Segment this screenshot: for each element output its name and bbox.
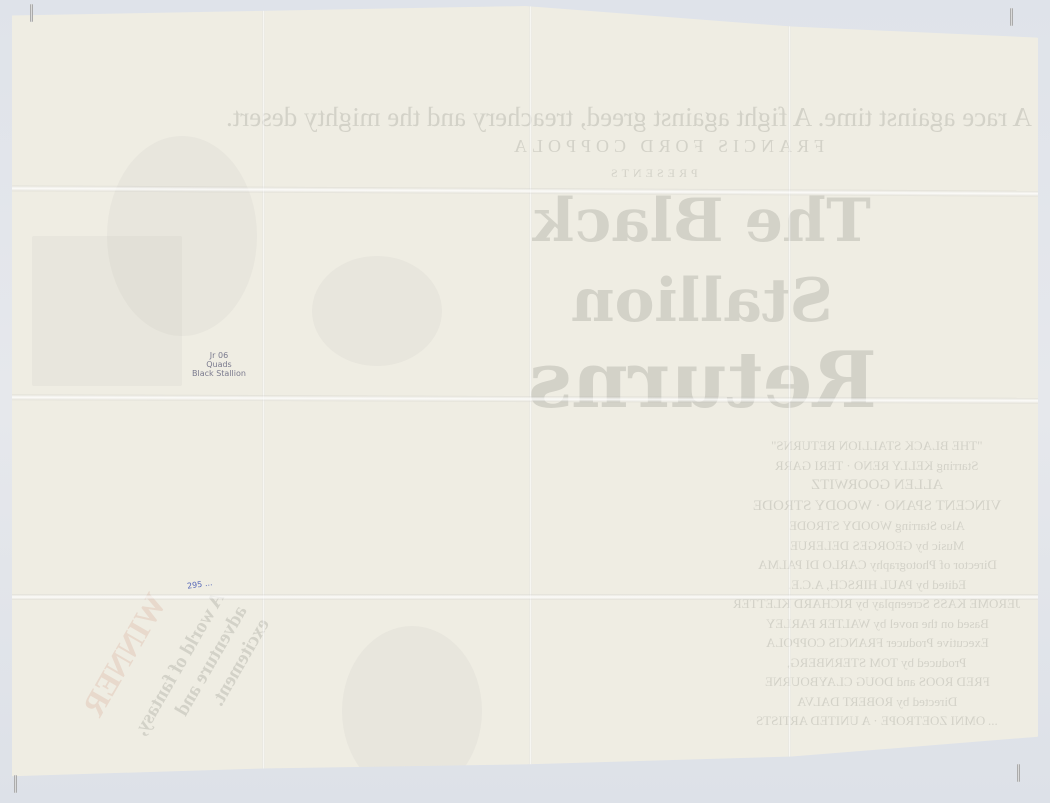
poster-back-paper: A race against time. A fight against gre… xyxy=(12,6,1038,796)
credit-line: Music by GEORGES DELERUE xyxy=(790,536,964,556)
ghost-panel-square xyxy=(32,236,182,386)
credit-line: Also Starring WOODY STRODE xyxy=(789,516,965,536)
title-bleedthrough: The Black Stallion Returns xyxy=(492,181,912,421)
credits-block-bleedthrough: "THE BLACK STALLION RETURNS" Starring KE… xyxy=(717,436,1037,731)
credit-line: Edited by PAUL HIRSCH, A.C.E. xyxy=(788,575,966,595)
pencil-note-line: Jr 06 xyxy=(192,351,246,360)
pin-bottom-right xyxy=(1017,764,1020,782)
credit-line: Executive Producer FRANCIS COPPOLA xyxy=(766,633,989,653)
horizontal-fold-3 xyxy=(12,594,1038,600)
credit-line: FRED ROOS and DOUG CLAYBOURNE xyxy=(765,672,990,692)
credit-line: Starring KELLY RENO · TERI GARR xyxy=(775,456,978,476)
ghost-figure-shape xyxy=(342,626,482,796)
credit-line: Produced by TOM STERNBERG, xyxy=(787,653,966,673)
credit-line: "THE BLACK STALLION RETURNS" xyxy=(771,436,982,456)
credit-line: Director of Photography CARLO DI PALMA xyxy=(758,555,997,575)
pin-top-right xyxy=(1010,8,1013,26)
credit-line: ... xyxy=(988,711,998,731)
presents-bleedthrough: PRESENTS xyxy=(572,166,732,181)
ghost-horse-shape xyxy=(312,256,442,366)
pencil-note-line: Quads xyxy=(192,360,246,369)
pin-top-left xyxy=(30,4,33,22)
pencil-note: Jr 06 Quads Black Stallion xyxy=(192,351,246,378)
tagline-bleedthrough: A race against time. A fight against gre… xyxy=(72,102,1032,133)
presenter-bleedthrough: FRANCIS FORD COPPOLA xyxy=(502,136,832,157)
pin-bottom-left xyxy=(14,775,17,793)
credit-line: ALLEN GOORWITZ xyxy=(811,476,943,496)
credit-line: Directed by ROBERT DALVA xyxy=(797,692,957,712)
credit-line: Based on the novel by WALTER FARLEY xyxy=(766,614,989,634)
pencil-note-line: Black Stallion xyxy=(192,369,246,378)
